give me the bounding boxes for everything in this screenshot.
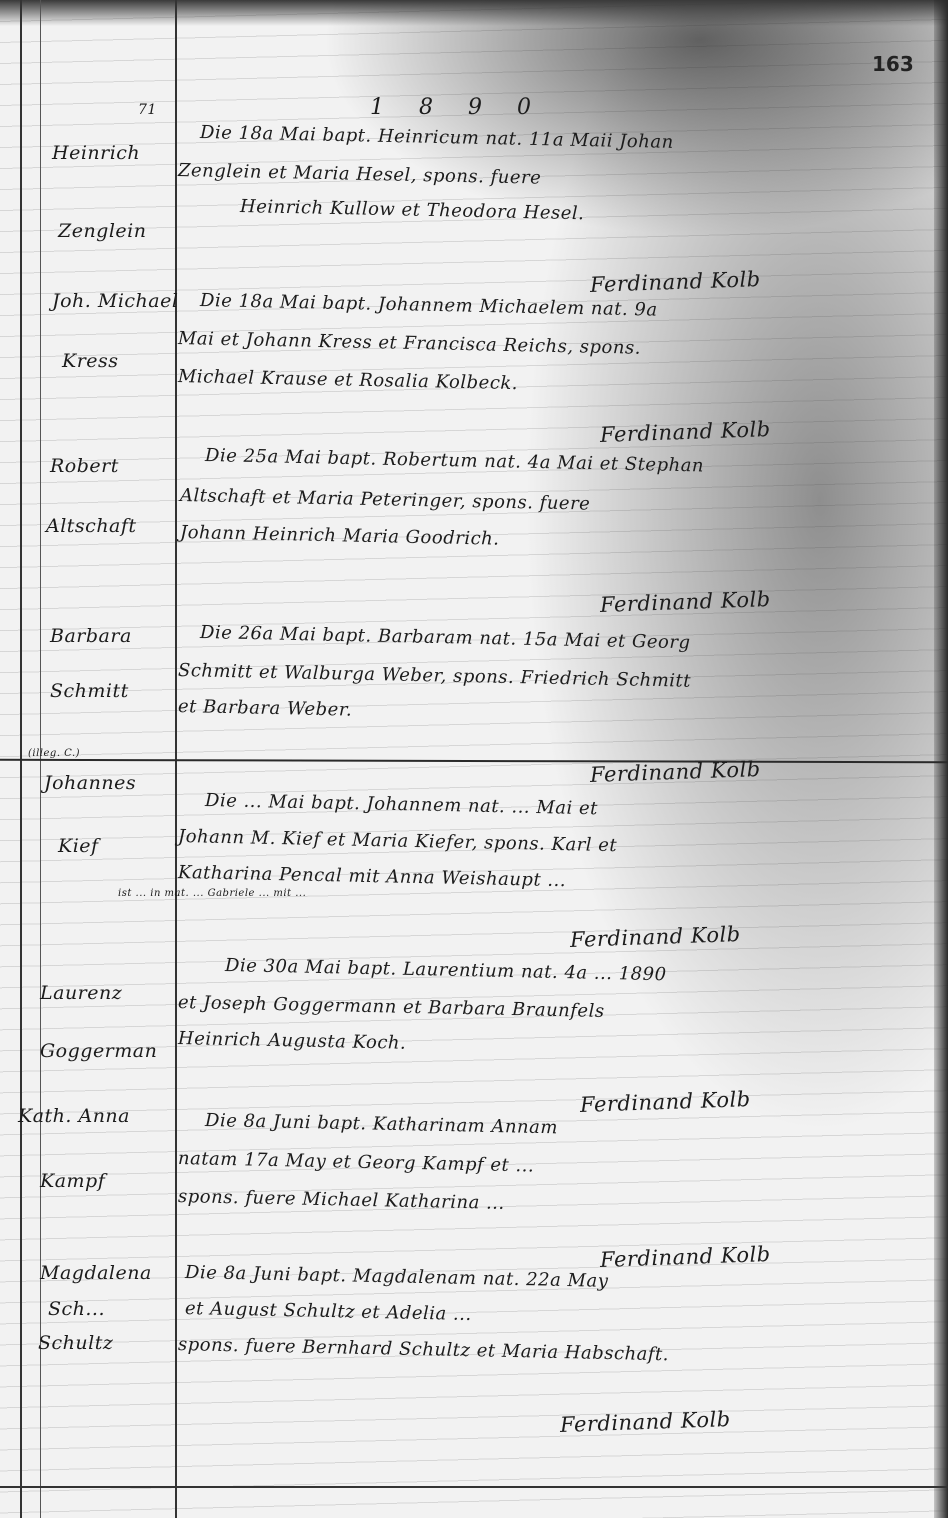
page-number: 163 <box>872 52 914 76</box>
child-first-name: Laurenz <box>40 982 122 1004</box>
entry-line: Die 8a Juni bapt. Katharinam Annam <box>205 1110 558 1138</box>
entry-line: Katharina Pencal mit Anna Weishaupt ... <box>178 862 566 891</box>
entry-number: 71 <box>138 102 157 118</box>
entry-line: Die ... Mai bapt. Johannem nat. ... Mai … <box>205 790 598 819</box>
entry-line: Heinrich Kullow et Theodora Hesel. <box>240 196 585 224</box>
priest-signature: Ferdinand Kolb <box>600 1242 771 1272</box>
entry-line: Schmitt et Walburga Weber, spons. Friedr… <box>178 660 691 692</box>
section-divider <box>0 759 948 763</box>
scan-shadow-right <box>934 0 948 1518</box>
priest-signature: Ferdinand Kolb <box>590 757 761 787</box>
year-header: 1 8 9 0 <box>370 95 545 120</box>
child-first-name: Magdalena <box>40 1262 152 1284</box>
child-first-name: Heinrich <box>52 142 140 164</box>
entry-line: Die 26a Mai bapt. Barbaram nat. 15a Mai … <box>200 622 691 653</box>
entry-line: Die 8a Juni bapt. Magdalenam nat. 22a Ma… <box>185 1262 609 1292</box>
margin-note: (illeg. C.) <box>28 748 80 759</box>
entry-line: et Barbara Weber. <box>178 696 353 721</box>
entry-line: et August Schultz et Adelia ... <box>185 1298 472 1325</box>
child-first-name: Joh. Michael <box>52 290 178 312</box>
entry-line: et Joseph Goggermann et Barbara Braunfel… <box>178 992 605 1022</box>
child-first-name: Kath. Anna <box>18 1105 130 1127</box>
child-surname: Kress <box>62 350 119 372</box>
child-surname: Kampf <box>40 1170 105 1192</box>
child-surname-partial: Sch... <box>48 1298 105 1320</box>
priest-signature: Ferdinand Kolb <box>570 922 741 952</box>
entry-line: Heinrich Augusta Koch. <box>178 1028 407 1054</box>
child-first-name: Barbara <box>50 625 132 647</box>
priest-signature: Ferdinand Kolb <box>600 417 771 447</box>
entry-line: Altschaft et Maria Peteringer, spons. fu… <box>180 485 591 515</box>
entry-line: natam 17a May et Georg Kampf et ... <box>178 1148 535 1176</box>
priest-signature: Ferdinand Kolb <box>580 1087 751 1117</box>
scan-shadow-top <box>0 0 948 26</box>
child-surname: Altschaft <box>46 515 137 537</box>
entry-line: Die 25a Mai bapt. Robertum nat. 4a Mai e… <box>205 445 704 476</box>
entry-line: Die 18a Mai bapt. Johannem Michaelem nat… <box>200 290 658 321</box>
priest-signature: Ferdinand Kolb <box>560 1407 731 1437</box>
annotation-note: ist ... in mat. ... Gabriele ... mit ... <box>118 888 306 899</box>
entry-line: Die 18a Mai bapt. Heinricum nat. 11a Mai… <box>200 122 674 153</box>
child-first-name: Johannes <box>44 772 136 794</box>
entry-line: Die 30a Mai bapt. Laurentium nat. 4a ...… <box>225 955 667 985</box>
register-page: 163 71 1 8 9 0 Heinrich Zenglein Die 18a… <box>0 0 948 1518</box>
entry-line: spons. fuere Michael Katharina ... <box>178 1186 505 1214</box>
entry-line: Johann M. Kief et Maria Kiefer, spons. K… <box>178 826 618 856</box>
child-surname: Schultz <box>38 1332 113 1354</box>
priest-signature: Ferdinand Kolb <box>600 587 771 617</box>
entry-line: Johann Heinrich Maria Goodrich. <box>180 522 500 550</box>
child-surname: Zenglein <box>58 220 146 242</box>
entry-line: Mai et Johann Kress et Francisca Reichs,… <box>178 328 641 359</box>
child-surname: Kief <box>58 835 99 857</box>
child-surname: Goggerman <box>40 1040 157 1062</box>
child-surname: Schmitt <box>50 680 129 702</box>
priest-signature: Ferdinand Kolb <box>590 267 761 297</box>
child-first-name: Robert <box>50 455 119 477</box>
entry-line: spons. fuere Bernhard Schultz et Maria H… <box>178 1334 669 1365</box>
entry-line: Michael Krause et Rosalia Kolbeck. <box>178 366 518 394</box>
entry-line: Zenglein et Maria Hesel, spons. fuere <box>178 160 542 189</box>
bottom-rule <box>0 1486 948 1488</box>
